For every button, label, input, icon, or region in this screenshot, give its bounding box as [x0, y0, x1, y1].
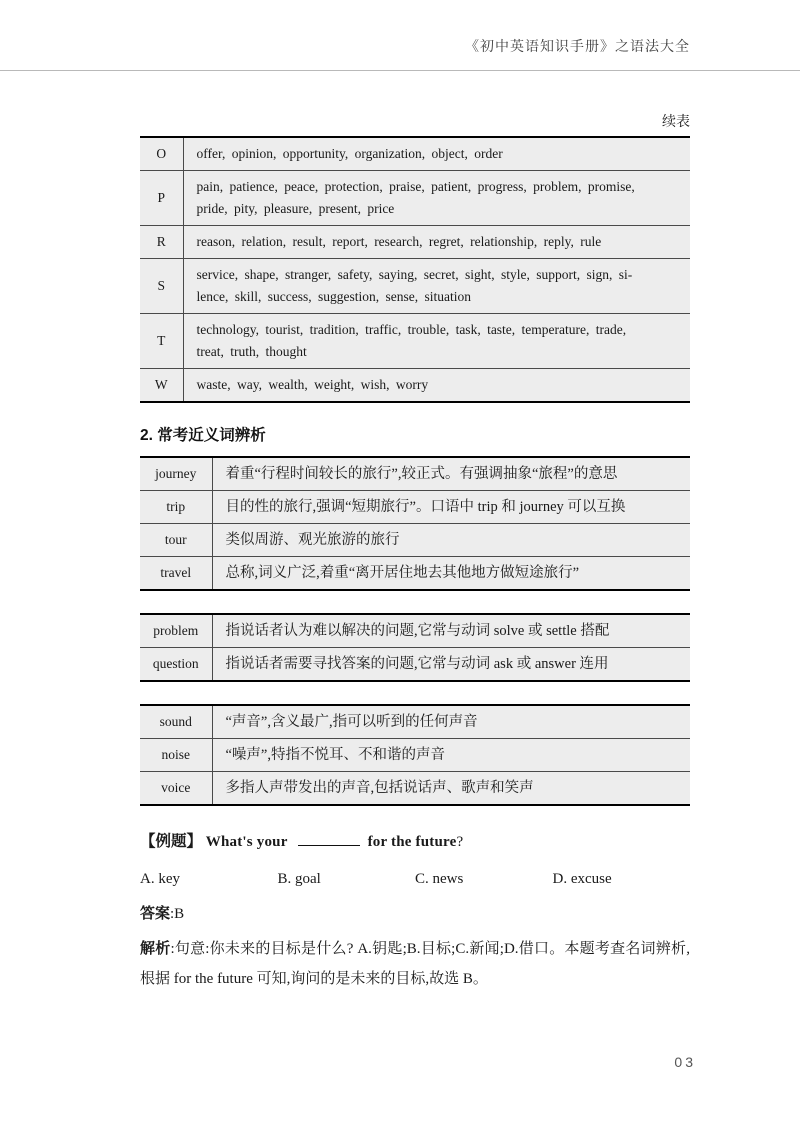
page-header: 《初中英语知识手册》之语法大全 — [0, 0, 800, 71]
definition-cell: 指说话者需要寻找答案的问题,它常与动词 ask 或 answer 连用 — [212, 648, 690, 682]
words-cell: pain, patience, peace, protection, prais… — [183, 171, 690, 226]
table-row: sound “声音”,含义最广,指可以听到的任何声音 — [140, 705, 690, 739]
answer-options: A. key B. goal C. news D. excuse — [140, 869, 690, 889]
table-row: travel 总称,词义广泛,着重“离开居住地去其他地方做短途旅行” — [140, 557, 690, 591]
definition-cell: “声音”,含义最广,指可以听到的任何声音 — [212, 705, 690, 739]
option-d: D. excuse — [553, 869, 691, 889]
answer-label: 答案 — [140, 906, 170, 922]
table-row: O offer, opinion, opportunity, organizat… — [140, 137, 690, 171]
option-c: C. news — [415, 869, 553, 889]
page-number: 03 — [674, 1054, 696, 1070]
definition-cell: 多指人声带发出的声音,包括说话声、歌声和笑声 — [212, 772, 690, 806]
analysis-paragraph: 解析:句意:你未来的目标是什么? A.钥匙;B.目标;C.新闻;D.借口。本题考… — [140, 934, 690, 994]
option-a: A. key — [140, 869, 278, 889]
section-heading: 2. 常考近义词辨析 — [140, 423, 690, 445]
term-cell: question — [140, 648, 212, 682]
words-cell: technology, tourist, tradition, traffic,… — [183, 314, 690, 369]
table-row: question 指说话者需要寻找答案的问题,它常与动词 ask 或 answe… — [140, 648, 690, 682]
term-cell: voice — [140, 772, 212, 806]
term-cell: journey — [140, 457, 212, 491]
table-row: voice 多指人声带发出的声音,包括说话声、歌声和笑声 — [140, 772, 690, 806]
definition-cell: 总称,词义广泛,着重“离开居住地去其他地方做短途旅行” — [212, 557, 690, 591]
travel-synonym-table: journey 着重“行程时间较长的旅行”,较正式。有强调抽象“旅程”的意思 t… — [140, 456, 690, 591]
fill-in-blank — [298, 832, 360, 846]
words-cell: offer, opinion, opportunity, organizatio… — [183, 137, 690, 171]
words-cell: reason, relation, result, report, resear… — [183, 226, 690, 259]
letter-cell: R — [140, 226, 183, 259]
answer-value: :B — [170, 906, 184, 922]
problem-synonym-table: problem 指说话者认为难以解决的问题,它常与动词 solve 或 sett… — [140, 613, 690, 682]
definition-cell: 着重“行程时间较长的旅行”,较正式。有强调抽象“旅程”的意思 — [212, 457, 690, 491]
term-cell: noise — [140, 739, 212, 772]
example-label: 【例题】 — [140, 833, 202, 850]
question-text-after-blank: for the future — [368, 834, 457, 850]
example-question: 【例题】 What's yourfor the future? — [140, 830, 690, 854]
table-row: tour 类似周游、观光旅游的旅行 — [140, 524, 690, 557]
page-content: 续表 O offer, opinion, opportunity, organi… — [140, 111, 690, 994]
table-row: W waste, way, wealth, weight, wish, worr… — [140, 369, 690, 403]
table-row: P pain, patience, peace, protection, pra… — [140, 171, 690, 226]
running-head-title: 《初中英语知识手册》之语法大全 — [465, 40, 690, 55]
definition-cell: 类似周游、观光旅游的旅行 — [212, 524, 690, 557]
letter-cell: O — [140, 137, 183, 171]
sound-synonym-table: sound “声音”,含义最广,指可以听到的任何声音 noise “噪声”,特指… — [140, 704, 690, 806]
letter-cell: W — [140, 369, 183, 403]
term-cell: travel — [140, 557, 212, 591]
term-cell: trip — [140, 491, 212, 524]
words-cell: waste, way, wealth, weight, wish, worry — [183, 369, 690, 403]
letter-cell: S — [140, 259, 183, 314]
question-text-before-blank: What's your — [206, 834, 288, 850]
table-row: T technology, tourist, tradition, traffi… — [140, 314, 690, 369]
table-row: trip 目的性的旅行,强调“短期旅行”。口语中 trip 和 journey … — [140, 491, 690, 524]
words-cell: service, shape, stranger, safety, saying… — [183, 259, 690, 314]
noun-letter-table: O offer, opinion, opportunity, organizat… — [140, 136, 690, 403]
table-row: S service, shape, stranger, safety, sayi… — [140, 259, 690, 314]
table-row: R reason, relation, result, report, rese… — [140, 226, 690, 259]
letter-cell: T — [140, 314, 183, 369]
analysis-text: :句意:你未来的目标是什么? A.钥匙;B.目标;C.新闻;D.借口。本题考查名… — [140, 941, 690, 987]
term-cell: sound — [140, 705, 212, 739]
definition-cell: 指说话者认为难以解决的问题,它常与动词 solve 或 settle 搭配 — [212, 614, 690, 648]
table-row: journey 着重“行程时间较长的旅行”,较正式。有强调抽象“旅程”的意思 — [140, 457, 690, 491]
question-mark: ? — [456, 834, 463, 850]
term-cell: problem — [140, 614, 212, 648]
example-block: 【例题】 What's yourfor the future? A. key B… — [140, 830, 690, 994]
definition-cell: “噪声”,特指不悦耳、不和谐的声音 — [212, 739, 690, 772]
letter-cell: P — [140, 171, 183, 226]
answer-line: 答案:B — [140, 902, 690, 923]
table-row: problem 指说话者认为难以解决的问题,它常与动词 solve 或 sett… — [140, 614, 690, 648]
analysis-label: 解析 — [140, 941, 170, 957]
term-cell: tour — [140, 524, 212, 557]
table-row: noise “噪声”,特指不悦耳、不和谐的声音 — [140, 739, 690, 772]
continued-table-label: 续表 — [140, 111, 690, 131]
option-b: B. goal — [278, 869, 416, 889]
definition-cell: 目的性的旅行,强调“短期旅行”。口语中 trip 和 journey 可以互换 — [212, 491, 690, 524]
